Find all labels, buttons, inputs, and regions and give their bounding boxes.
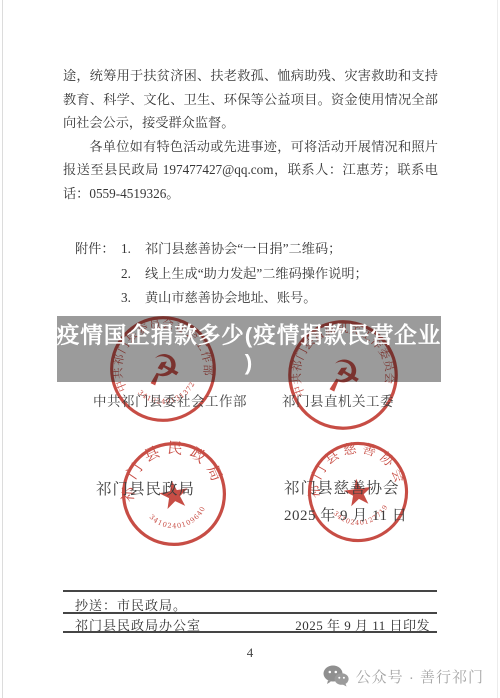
attachments-label: 附件： — [75, 237, 121, 262]
title-banner: 疫情国企捐款多少(疫情捐款民营企业 ) — [57, 316, 441, 382]
wechat-watermark: 公众号 · 善行祁门 — [323, 665, 484, 687]
footer-rule-top — [63, 590, 437, 592]
attachment-number: 2. — [121, 262, 145, 287]
wechat-icon — [323, 665, 349, 687]
signature-unit-bottom-left: 祁门县民政局 — [96, 477, 195, 499]
signature-date: 2025 年 9 月 11 日 — [284, 504, 407, 525]
attachment-row: 2. 线上生成“助力发起”二维码操作说明； — [75, 262, 445, 287]
page-left-edge — [2, 0, 3, 698]
document-page: 途，统筹用于扶贫济困、扶老救孤、恤病助残、灾害救助和支持教育、科学、文化、卫生、… — [0, 0, 500, 698]
signature-unit-top-right: 祁门县直机关工委 — [282, 390, 394, 410]
attachments-block: 附件： 1. 祁门县慈善协会“一日捐”二维码； 2. 线上生成“助力发起”二维码… — [75, 237, 445, 311]
banner-title-line2: ) — [245, 349, 254, 376]
paragraph: 途，统筹用于扶贫济困、扶老救孤、恤病助残、灾害救助和支持教育、科学、文化、卫生、… — [63, 64, 438, 135]
footer-rule-bottom — [63, 631, 437, 633]
page-right-edge — [497, 0, 498, 698]
body-text: 途，统筹用于扶贫济困、扶老救孤、恤病助残、灾害救助和支持教育、科学、文化、卫生、… — [63, 64, 438, 206]
spacer — [75, 262, 121, 287]
attachment-text: 线上生成“助力发起”二维码操作说明； — [145, 262, 368, 287]
signature-unit-top-left: 中共祁门县委社会工作部 — [93, 390, 247, 410]
attachment-row: 3. 黄山市慈善协会地址、账号。 — [75, 286, 445, 311]
spacer — [75, 286, 121, 311]
attachment-number: 1. — [121, 237, 145, 262]
banner-title-line1: 疫情国企捐款多少(疫情捐款民营企业 — [57, 322, 442, 349]
paragraph: 各单位如有特色活动或先进事迹，可将活动开展情况和照片报送至县民政局 197477… — [63, 135, 438, 206]
attachment-number: 3. — [121, 286, 145, 311]
attachment-text: 祁门县慈善协会“一日捐”二维码； — [145, 237, 341, 262]
attachment-row: 附件： 1. 祁门县慈善协会“一日捐”二维码； — [75, 237, 445, 262]
signature-unit-bottom-right: 祁门县慈善协会 — [284, 476, 400, 498]
watermark-label: 公众号 · 善行祁门 — [356, 666, 484, 687]
footer-rule-middle — [63, 612, 437, 614]
attachment-text: 黄山市慈善协会地址、账号。 — [145, 286, 316, 311]
page-number: 4 — [0, 645, 500, 661]
